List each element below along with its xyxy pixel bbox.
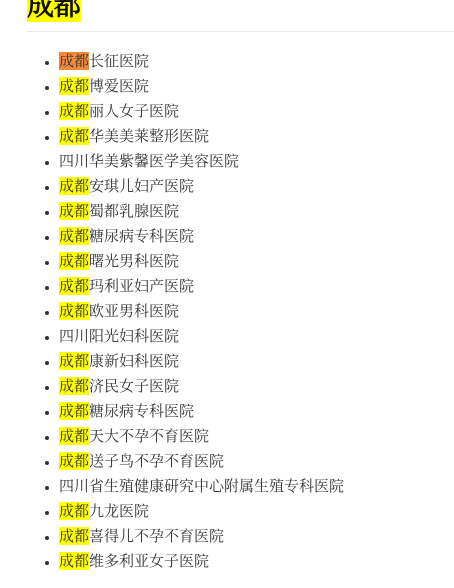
list-item: 四川阳光妇科医院 xyxy=(59,324,344,349)
search-highlight: 成都 xyxy=(59,77,89,95)
hospital-name: 博爱医院 xyxy=(89,77,149,95)
hospital-name: 天大不孕不育医院 xyxy=(89,427,209,445)
hospital-name: 四川省生殖健康研究中心附属生殖专科医院 xyxy=(59,477,344,495)
list-item: 成都曙光男科医院 xyxy=(59,249,344,274)
search-highlight: 成都 xyxy=(59,452,89,470)
list-item: 成都喜得儿不孕不育医院 xyxy=(59,524,344,549)
hospital-name: 四川阳光妇科医院 xyxy=(59,327,179,345)
hospital-name: 华美美莱整形医院 xyxy=(89,127,209,145)
list-item: 成都康新妇科医院 xyxy=(59,349,344,374)
hospital-name: 济民女子医院 xyxy=(89,377,179,395)
hospital-name: 四川华美紫馨医学美容医院 xyxy=(59,152,239,170)
list-item: 成都华美美莱整形医院 xyxy=(59,124,344,149)
search-highlight: 成都 xyxy=(59,177,89,195)
search-highlight: 成都 xyxy=(59,302,89,320)
hospital-name: 喜得儿不孕不育医院 xyxy=(89,527,224,545)
hospital-name: 维多利亚女子医院 xyxy=(89,552,209,570)
search-highlight: 成都 xyxy=(59,202,89,220)
hospital-name: 糖尿病专科医院 xyxy=(89,402,194,420)
search-highlight: 成都 xyxy=(59,252,89,270)
search-highlight: 成都 xyxy=(59,102,89,120)
list-item: 成都九龙医院 xyxy=(59,499,344,524)
search-highlight: 成都 xyxy=(27,0,81,22)
hospital-name: 送子鸟不孕不育医院 xyxy=(89,452,224,470)
current-search-highlight: 成都 xyxy=(59,52,89,70)
search-highlight: 成都 xyxy=(59,127,89,145)
search-highlight: 成都 xyxy=(59,502,89,520)
hospital-name: 康新妇科医院 xyxy=(89,352,179,370)
list-item: 成都天大不孕不育医院 xyxy=(59,424,344,449)
list-item: 成都安琪儿妇产医院 xyxy=(59,174,344,199)
search-highlight: 成都 xyxy=(59,527,89,545)
list-item: 成都丽人女子医院 xyxy=(59,99,344,124)
heading-divider xyxy=(27,31,454,32)
search-highlight: 成都 xyxy=(59,227,89,245)
search-highlight: 成都 xyxy=(59,277,89,295)
hospital-name: 长征医院 xyxy=(89,52,149,70)
list-item: 成都济民女子医院 xyxy=(59,374,344,399)
hospital-name: 玛利亚妇产医院 xyxy=(89,277,194,295)
list-item: 成都糖尿病专科医院 xyxy=(59,224,344,249)
hospital-name: 蜀都乳腺医院 xyxy=(89,202,179,220)
list-item: 成都糖尿病专科医院 xyxy=(59,399,344,424)
list-item: 成都欧亚男科医院 xyxy=(59,299,344,324)
hospital-name: 丽人女子医院 xyxy=(89,102,179,120)
list-item: 四川华美紫馨医学美容医院 xyxy=(59,149,344,174)
search-highlight: 成都 xyxy=(59,402,89,420)
hospital-name: 九龙医院 xyxy=(89,502,149,520)
list-item: 四川省生殖健康研究中心附属生殖专科医院 xyxy=(59,474,344,499)
search-highlight: 成都 xyxy=(59,552,89,570)
hospital-name: 糖尿病专科医院 xyxy=(89,227,194,245)
hospital-name: 安琪儿妇产医院 xyxy=(89,177,194,195)
page-heading: 成都 xyxy=(27,0,81,23)
hospital-list: 成都长征医院成都博爱医院成都丽人女子医院成都华美美莱整形医院四川华美紫馨医学美容… xyxy=(0,49,344,574)
list-item: 成都玛利亚妇产医院 xyxy=(59,274,344,299)
list-item: 成都送子鸟不孕不育医院 xyxy=(59,449,344,474)
list-item: 成都维多利亚女子医院 xyxy=(59,549,344,574)
list-item: 成都博爱医院 xyxy=(59,74,344,99)
search-highlight: 成都 xyxy=(59,377,89,395)
search-highlight: 成都 xyxy=(59,352,89,370)
hospital-name: 欧亚男科医院 xyxy=(89,302,179,320)
search-highlight: 成都 xyxy=(59,427,89,445)
hospital-name: 曙光男科医院 xyxy=(89,252,179,270)
list-item: 成都长征医院 xyxy=(59,49,344,74)
list-item: 成都蜀都乳腺医院 xyxy=(59,199,344,224)
